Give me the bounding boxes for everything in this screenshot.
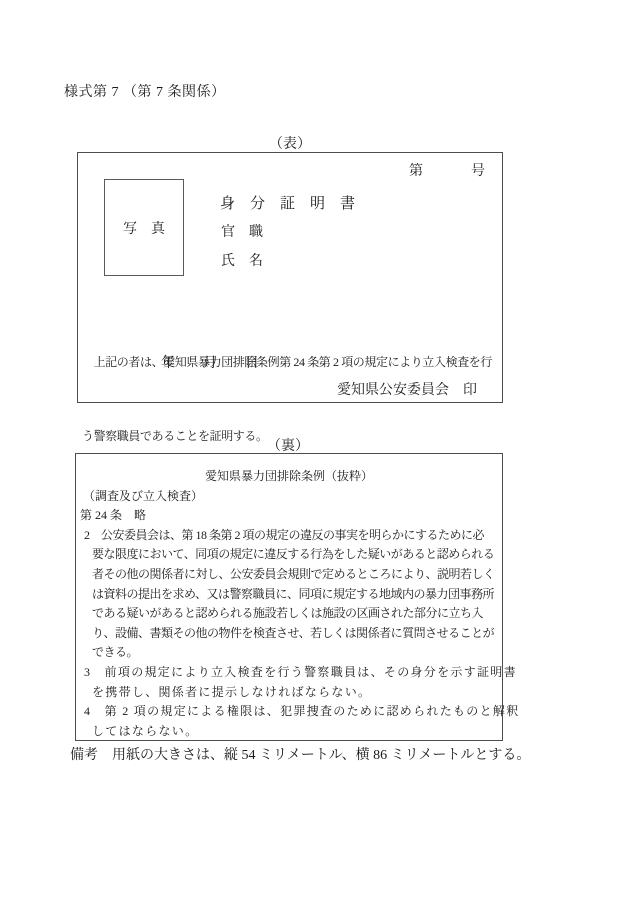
ordinance-line: り、設備、書類その他の物件を検査させ、若しくは関係者に質問させることが [80,624,498,644]
statement-line-1: 上記の者は、愛知県暴力団排除条例第 24 条第 2 項の規定により立入検査を行 [82,350,500,375]
form-title: 様式第 7 （第 7 条関係） [64,81,226,101]
photo-label: 写 真 [123,218,165,238]
date-line: 年 月 日 [161,352,259,372]
number-suffix-label: 号 [471,160,485,180]
ordinance-line: 4 第 2 項の規定による権限は、犯罪捜査のために認められたものと解釈 [80,702,498,722]
ordinance-line: 2 公安委員会は、第 18 条第 2 項の規定の違反の事実を明らかにするために必 [80,526,498,546]
photo-box: 写 真 [104,179,184,276]
ordinance-section-label: （調査及び立入検査） [80,487,498,507]
ordinance-line: を携帯し、関係者に提示しなければならない。 [80,683,498,703]
ordinance-line: 3 前項の規定により立入検査を行う警察職員は、その身分を示す証明書 [80,663,498,683]
ordinance-line: してはならない。 [80,722,498,742]
number-prefix-label: 第 [409,160,423,180]
id-card-front: 第 号 写 真 身 分 証 明 書 官 職 氏 名 上記の者は、愛知県暴力団排除… [77,152,503,403]
remarks-note: 備考 用紙の大きさは、縦 54 ミリメートル、横 86 ミリメートルとする。 [70,744,530,764]
issuer-seal-line: 愛知県公安委員会 印 [337,379,477,399]
name-label: 氏 名 [221,250,263,270]
ordinance-title: 愛知県暴力団排除条例（抜粋） [80,467,498,487]
ordinance-line: できる。 [80,643,498,663]
document-page: 様式第 7 （第 7 条関係） （表） 第 号 写 真 身 分 証 明 書 官 … [0,0,630,903]
back-side-label: （裏） [75,435,501,455]
front-side-label: （表） [77,133,503,153]
ordinance-line: 要な限度において、同項の規定に違反する行為をした疑いがあると認められる [80,545,498,565]
ordinance-line: は資料の提出を求め、又は警察職員に、同項に規定する地域内の暴力団事務所 [80,585,498,605]
official-position-label: 官 職 [221,221,263,241]
card-title: 身 分 証 明 書 [220,192,355,213]
id-card-back: 愛知県暴力団排除条例（抜粋） （調査及び立入検査） 第 24 条 略 2 公安委… [75,453,503,741]
ordinance-line: 者その他の関係者に対し、公安委員会規則で定めるところにより、説明若しく [80,565,498,585]
document-number-row: 第 号 [409,160,485,180]
ordinance-article-label: 第 24 条 略 [80,506,498,526]
ordinance-line: である疑いがあると認められる施設若しくは施設の区画された部分に立ち入 [80,604,498,624]
